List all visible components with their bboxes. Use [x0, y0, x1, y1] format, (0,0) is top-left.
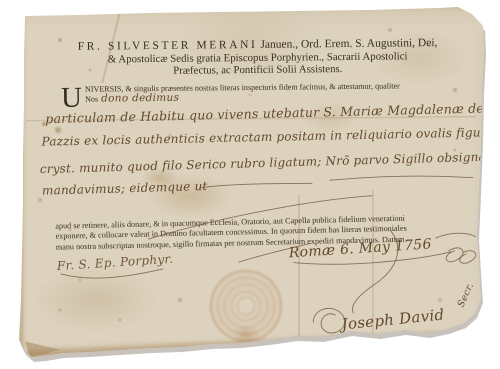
intro-nos: Nos — [85, 94, 98, 103]
bishop-titles: Januen., Ord. Erem. S. Augustini, Dei, — [260, 37, 437, 51]
handwritten-dono-dedimus: dono dedimus — [101, 91, 179, 104]
photo-background: FR. SILVESTER MERANIJanuen., Ord. Erem. … — [0, 0, 500, 369]
parchment-document: FR. SILVESTER MERANIJanuen., Ord. Erem. … — [0, 0, 500, 369]
secretary-signature: Joseph David — [341, 306, 445, 334]
bishop-name: FR. SILVESTER MERANI — [78, 39, 258, 53]
line-after-eidemque-2 — [330, 176, 473, 181]
signature-spiral — [313, 308, 344, 333]
secretary-title: Secr. — [456, 281, 477, 309]
manuscript-line-2: Pazzis ex locis authenticis extractam po… — [41, 125, 500, 149]
drop-cap: U — [61, 86, 82, 110]
manuscript-line-3: cryst. munito quod filo Serico rubro lig… — [40, 149, 496, 176]
document-header: FR. SILVESTER MERANIJanuen., Ord. Erem. … — [38, 37, 476, 79]
date-end-loops — [446, 248, 476, 264]
manuscript-line-4: mandavimus; eidemque ut — [42, 179, 208, 198]
bishop-signature: Fr. S. Ep. Porphyr. — [56, 252, 173, 273]
document-content: FR. SILVESTER MERANIJanuen., Ord. Erem. … — [0, 0, 500, 369]
line-after-eidemque — [200, 183, 312, 187]
